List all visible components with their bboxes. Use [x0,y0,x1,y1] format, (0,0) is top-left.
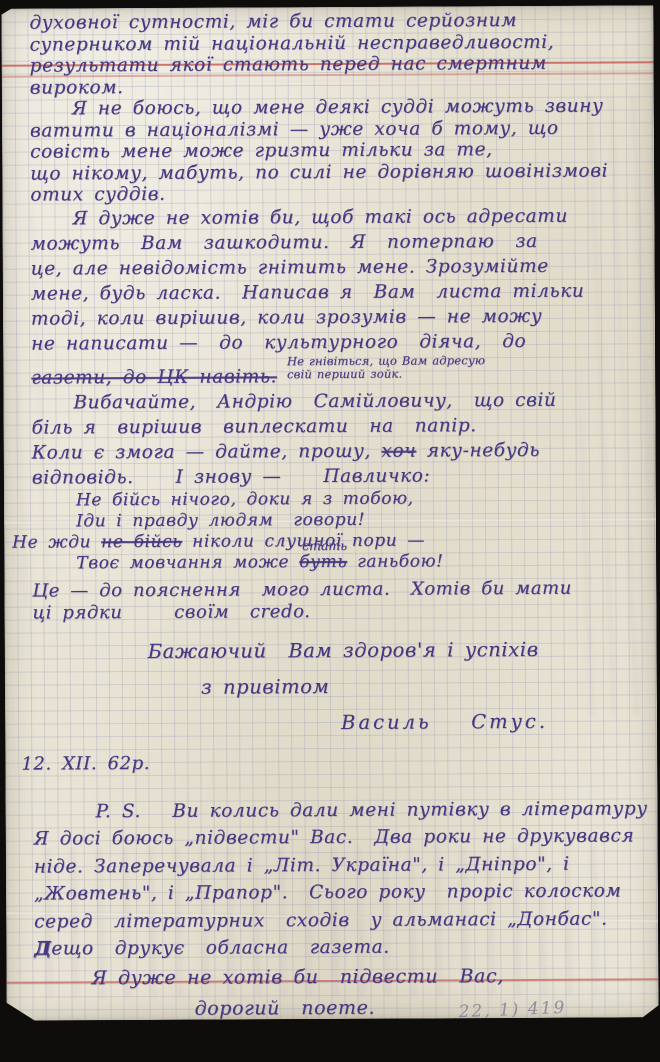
handwritten-text: Це — до пояснення мого листа. Хотів би м… [32,577,572,601]
letter-line: Твоє мовчання може бутьстать ганьбою! [76,550,648,574]
letter-section-paragraph-3: Вибачайте, Андрію Самійловичу, що свійбі… [31,387,648,490]
letter-line: Дещо друкує обласна газета. [34,932,650,963]
handwritten-text: Коли є змога — дайте, прошу, [32,440,382,463]
archival-number-note: 22, 1) 419 [458,998,566,1022]
letter-section-date: 12. XII. 62р. [33,749,649,776]
scanned-letter: духовної сутності, міг би стати серйозни… [0,0,660,1062]
letter-line: газети, до ЦК навіть.Не гнівіться, що Ва… [31,353,647,390]
handwritten-text: духовної сутності, міг би стати серйозни… [29,10,517,34]
interlinear-note: Не гнівіться, що Вам адресуюсвій перший … [287,354,485,381]
letter-line: можуть Вам зашкодити. Я потерпаю за [31,228,647,256]
handwritten-text: відповідь. І знову — Павличко: [32,465,431,488]
handwritten-text: Дещо друкує обласна газета. [34,937,390,960]
handwritten-text: Я не боюсь, що мене деякі судді можуть з… [72,96,604,120]
handwritten-text: ці рядки своїм credo. [32,601,310,623]
letter-line: мене, будь ласка. Написав я Вам листа ті… [31,278,647,306]
letter-line: відповідь. І знову — Павличко: [32,462,648,490]
handwritten-text: Твоє мовчання може [76,552,299,573]
letter-line: Не бійсь нічого, доки я з тобою, [76,487,648,511]
letter-line: біль я вирішив виплескати на папір. [31,412,647,440]
paper-sheet: духовної сутності, міг би стати серйозни… [1,5,658,1020]
letter-section-opening: духовної сутності, міг би стати серйозни… [29,9,646,206]
handwritten-text: результати якої стають перед нас смертни… [30,53,547,77]
handwritten-text: Іди і правду людям говори! [76,509,365,531]
struck-text: не бійсь [101,531,182,551]
struck-text: хоч [381,440,416,461]
letter-line: серед літературних сходів у альманасі „Д… [34,905,650,936]
handwritten-text: дорогий поете. [195,996,376,1019]
handwritten-text: можуть Вам зашкодити. Я потерпаю за [31,230,538,254]
letter-line: Я досі боюсь „підвести" Вас. Два роки не… [34,822,650,853]
handwritten-text: тоді, коли вирішив, коли зрозумів — не м… [31,305,542,329]
interlinear-note-line: Не гнівіться, що Вам адресую [287,354,485,368]
handwritten-text: ніде. Заперечувала і „Літ. Україна", і „… [34,853,570,877]
handwritten-text: мене, будь ласка. Написав я Вам листа ті… [31,280,585,304]
letter-body: духовної сутності, міг би стати серйозни… [1,9,658,1025]
letter-section-explanation: Це — до пояснення мого листа. Хотів би м… [32,577,648,624]
handwritten-text: Я досі боюсь „підвести" Вас. Два роки не… [34,825,635,849]
letter-line: тоді, коли вирішив, коли зрозумів — не м… [31,303,647,331]
handwritten-text: Не бійсь нічого, доки я з тобою, [76,488,414,510]
handwritten-text: Василь Стус. [341,709,548,733]
letter-line: Іди і правду людям говори! [76,508,648,532]
interlinear-correction: стать [302,539,347,551]
handwritten-text: ганьбою! [347,551,444,572]
letter-line: 12. XII. 62р. [21,749,649,776]
letter-line: дорогий поете. [195,991,651,1024]
letter-line: Василь Стус. [341,703,649,741]
handwritten-text: біль я вирішив виплескати на папір. [31,415,476,438]
handwritten-text: Не жди [12,532,101,552]
handwritten-text: Я дуже не хотів би, щоб такі ось адресат… [72,205,568,229]
letter-line: Бажаючий Вам здоров'я і успіхів [148,631,649,670]
handwritten-text: суперником тій національній несправедлив… [29,31,554,55]
handwritten-text: яку-небудь [416,439,540,461]
handwritten-text: 12. XII. 62р. [21,752,150,774]
handwritten-text: Я дуже не хотів би підвести Вас, [91,965,504,989]
handwritten-text: Вибачайте, Андрію Самійловичу, що свій [73,389,556,413]
letter-line: Вибачайте, Андрію Самійловичу, що свій [31,387,647,415]
handwritten-text: совість мене може гризти тільки за те, [30,139,493,162]
handwritten-text: що нікому, мабуть, по силі не дорівняю ш… [30,160,608,184]
letter-line: Це — до пояснення мого листа. Хотів би м… [32,577,648,602]
letter-line: з привітом [201,667,649,705]
letter-line: Я дуже не хотів би, щоб такі ось адресат… [30,203,646,231]
handwritten-text: з привітом [201,675,330,699]
struck-text: бутьстать [299,551,347,571]
handwritten-text: „Жовтень", і „Прапор". Сього року проріс… [34,880,622,904]
handwritten-text: P. S. Ви колись дали мені путівку в літе… [96,798,648,822]
letter-section-poem-quote: Не бійсь нічого, доки я з тобою,Іди і пр… [32,487,648,574]
letter-line: Коли є змога — дайте, прошу, хоч яку-неб… [32,437,648,465]
letter-line: ніде. Заперечувала і „Літ. Україна", і „… [34,850,650,881]
handwritten-text: Бажаючий Вам здоров'я і успіхів [148,637,539,662]
handwritten-text: не написати — до культурного діяча, до [31,330,526,354]
letter-section-paragraph-2: Я дуже не хотів би, щоб такі ось адресат… [30,203,647,390]
handwritten-text: отих суддів. [30,184,165,206]
struck-text: газети, до ЦК навіть. [31,366,277,388]
letter-line: це, але невідомість гнітить мене. Зрозум… [31,253,647,281]
letter-line: P. S. Ви колись дали мені путівку в літе… [33,795,649,826]
handwritten-text: серед літературних сходів у альманасі „Д… [34,908,608,932]
letter-line: Я дуже не хотів би підвести Вас, [91,960,650,994]
interlinear-note-line: свій перший зойк. [287,367,485,381]
handwritten-text: це, але невідомість гнітить мене. Зрозум… [31,255,549,279]
letter-section-closing: Бажаючий Вам здоров'я і успіхівз привіто… [33,631,650,742]
letter-line: „Жовтень", і „Прапор". Сього року проріс… [34,877,650,908]
letter-line: ці рядки своїм credo. [32,599,648,624]
letter-section-postscript: P. S. Ви колись дали мені путівку в літе… [33,795,650,963]
handwritten-text: ватити в націоналізмі — уже хоча б тому,… [30,117,559,141]
handwritten-text: вироком. [30,77,124,98]
letter-line: не написати — до культурного діяча, до [31,328,647,356]
